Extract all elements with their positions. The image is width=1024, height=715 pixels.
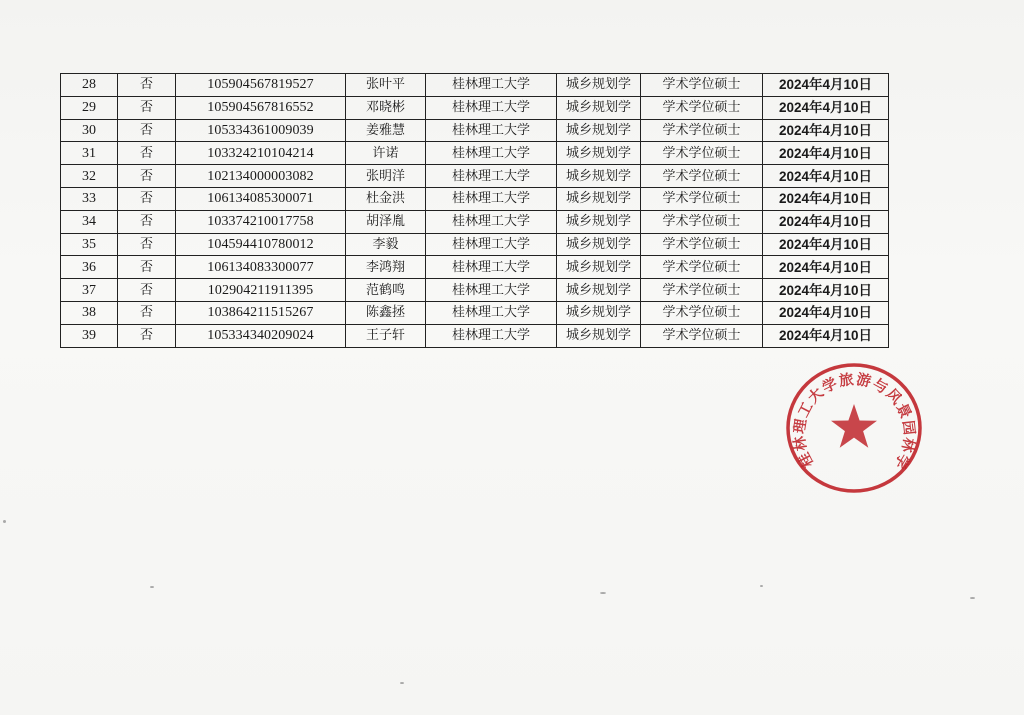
degree-type: 学术学位硕士 <box>641 279 763 302</box>
university-name: 桂林理工大学 <box>426 74 557 97</box>
university-name: 桂林理工大学 <box>426 324 557 347</box>
date-cell: 2024年4月10日 <box>763 279 889 302</box>
date-cell: 2024年4月10日 <box>763 324 889 347</box>
row-number: 38 <box>61 301 118 324</box>
degree-type: 学术学位硕士 <box>641 119 763 142</box>
degree-type: 学术学位硕士 <box>641 74 763 97</box>
degree-type: 学术学位硕士 <box>641 324 763 347</box>
row-number: 29 <box>61 96 118 119</box>
student-name: 李毅 <box>346 233 426 256</box>
student-name: 杜金洪 <box>346 187 426 210</box>
flag-cell: 否 <box>118 119 176 142</box>
row-number: 28 <box>61 74 118 97</box>
row-number: 33 <box>61 187 118 210</box>
university-name: 桂林理工大学 <box>426 279 557 302</box>
student-name: 邓晓彬 <box>346 96 426 119</box>
degree-type: 学术学位硕士 <box>641 187 763 210</box>
degree-type: 学术学位硕士 <box>641 301 763 324</box>
admission-roster-table: 28否105904567819527张叶平桂林理工大学城乡规划学学术学位硕士20… <box>60 73 889 348</box>
flag-cell: 否 <box>118 142 176 165</box>
university-name: 桂林理工大学 <box>426 119 557 142</box>
student-name: 李鸿翔 <box>346 256 426 279</box>
degree-type: 学术学位硕士 <box>641 210 763 233</box>
candidate-id: 103374210017758 <box>176 210 346 233</box>
date-cell: 2024年4月10日 <box>763 187 889 210</box>
table-row: 34否103374210017758胡泽胤桂林理工大学城乡规划学学术学位硕士20… <box>61 210 889 233</box>
table-row: 28否105904567819527张叶平桂林理工大学城乡规划学学术学位硕士20… <box>61 74 889 97</box>
student-name: 范鹤鸣 <box>346 279 426 302</box>
row-number: 36 <box>61 256 118 279</box>
student-name: 胡泽胤 <box>346 210 426 233</box>
degree-type: 学术学位硕士 <box>641 165 763 188</box>
row-number: 37 <box>61 279 118 302</box>
degree-type: 学术学位硕士 <box>641 96 763 119</box>
official-seal: 桂林理工大学旅游与风景园林学院 <box>784 362 924 495</box>
flag-cell: 否 <box>118 301 176 324</box>
candidate-id: 102904211911395 <box>176 279 346 302</box>
roster-body: 28否105904567819527张叶平桂林理工大学城乡规划学学术学位硕士20… <box>61 74 889 348</box>
flag-cell: 否 <box>118 96 176 119</box>
student-name: 许诺 <box>346 142 426 165</box>
row-number: 39 <box>61 324 118 347</box>
candidate-id: 103864211515267 <box>176 301 346 324</box>
date-cell: 2024年4月10日 <box>763 165 889 188</box>
university-name: 桂林理工大学 <box>426 165 557 188</box>
university-name: 桂林理工大学 <box>426 142 557 165</box>
student-name: 张明洋 <box>346 165 426 188</box>
university-name: 桂林理工大学 <box>426 210 557 233</box>
flag-cell: 否 <box>118 187 176 210</box>
table-row: 35否104594410780012李毅桂林理工大学城乡规划学学术学位硕士202… <box>61 233 889 256</box>
table-row: 29否105904567816552邓晓彬桂林理工大学城乡规划学学术学位硕士20… <box>61 96 889 119</box>
degree-type: 学术学位硕士 <box>641 233 763 256</box>
candidate-id: 105904567816552 <box>176 96 346 119</box>
table-row: 38否103864211515267陈鑫拯桂林理工大学城乡规划学学术学位硕士20… <box>61 301 889 324</box>
candidate-id: 103324210104214 <box>176 142 346 165</box>
star-icon <box>831 404 877 448</box>
row-number: 30 <box>61 119 118 142</box>
date-cell: 2024年4月10日 <box>763 119 889 142</box>
university-name: 桂林理工大学 <box>426 233 557 256</box>
university-name: 桂林理工大学 <box>426 187 557 210</box>
student-name: 王子轩 <box>346 324 426 347</box>
flag-cell: 否 <box>118 324 176 347</box>
student-name: 姜雅慧 <box>346 119 426 142</box>
flag-cell: 否 <box>118 165 176 188</box>
flag-cell: 否 <box>118 256 176 279</box>
university-name: 桂林理工大学 <box>426 256 557 279</box>
table-row: 33否106134085300071杜金洪桂林理工大学城乡规划学学术学位硕士20… <box>61 187 889 210</box>
major-name: 城乡规划学 <box>557 96 641 119</box>
major-name: 城乡规划学 <box>557 74 641 97</box>
flag-cell: 否 <box>118 210 176 233</box>
major-name: 城乡规划学 <box>557 165 641 188</box>
date-cell: 2024年4月10日 <box>763 142 889 165</box>
table-row: 37否102904211911395范鹤鸣桂林理工大学城乡规划学学术学位硕士20… <box>61 279 889 302</box>
major-name: 城乡规划学 <box>557 301 641 324</box>
student-name: 张叶平 <box>346 74 426 97</box>
degree-type: 学术学位硕士 <box>641 142 763 165</box>
table-row: 39否105334340209024王子轩桂林理工大学城乡规划学学术学位硕士20… <box>61 324 889 347</box>
flag-cell: 否 <box>118 279 176 302</box>
table-row: 31否103324210104214许诺桂林理工大学城乡规划学学术学位硕士202… <box>61 142 889 165</box>
date-cell: 2024年4月10日 <box>763 233 889 256</box>
table-row: 30否105334361009039姜雅慧桂林理工大学城乡规划学学术学位硕士20… <box>61 119 889 142</box>
date-cell: 2024年4月10日 <box>763 210 889 233</box>
candidate-id: 105334361009039 <box>176 119 346 142</box>
university-name: 桂林理工大学 <box>426 96 557 119</box>
major-name: 城乡规划学 <box>557 210 641 233</box>
major-name: 城乡规划学 <box>557 187 641 210</box>
major-name: 城乡规划学 <box>557 142 641 165</box>
date-cell: 2024年4月10日 <box>763 256 889 279</box>
major-name: 城乡规划学 <box>557 256 641 279</box>
student-name: 陈鑫拯 <box>346 301 426 324</box>
flag-cell: 否 <box>118 74 176 97</box>
row-number: 32 <box>61 165 118 188</box>
row-number: 31 <box>61 142 118 165</box>
major-name: 城乡规划学 <box>557 233 641 256</box>
university-name: 桂林理工大学 <box>426 301 557 324</box>
date-cell: 2024年4月10日 <box>763 96 889 119</box>
date-cell: 2024年4月10日 <box>763 301 889 324</box>
major-name: 城乡规划学 <box>557 324 641 347</box>
major-name: 城乡规划学 <box>557 279 641 302</box>
date-cell: 2024年4月10日 <box>763 74 889 97</box>
table-row: 36否106134083300077李鸿翔桂林理工大学城乡规划学学术学位硕士20… <box>61 256 889 279</box>
flag-cell: 否 <box>118 233 176 256</box>
candidate-id: 102134000003082 <box>176 165 346 188</box>
table-row: 32否102134000003082张明洋桂林理工大学城乡规划学学术学位硕士20… <box>61 165 889 188</box>
row-number: 35 <box>61 233 118 256</box>
major-name: 城乡规划学 <box>557 119 641 142</box>
candidate-id: 105334340209024 <box>176 324 346 347</box>
candidate-id: 105904567819527 <box>176 74 346 97</box>
candidate-id: 104594410780012 <box>176 233 346 256</box>
degree-type: 学术学位硕士 <box>641 256 763 279</box>
row-number: 34 <box>61 210 118 233</box>
candidate-id: 106134083300077 <box>176 256 346 279</box>
candidate-id: 106134085300071 <box>176 187 346 210</box>
